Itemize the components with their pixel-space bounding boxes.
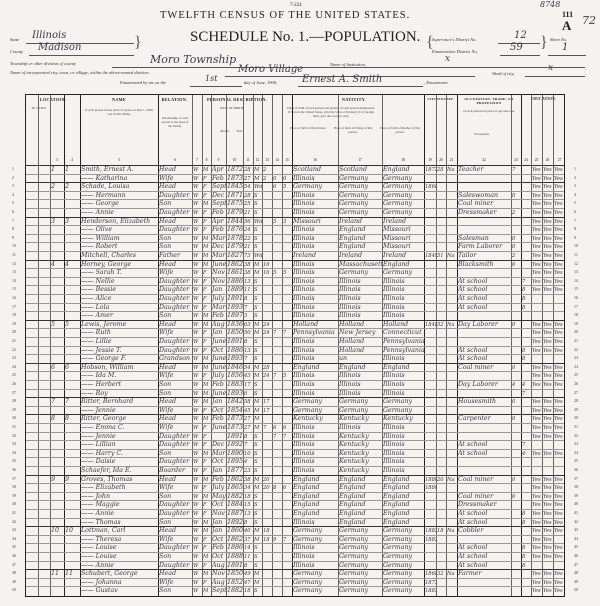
line-number: 46	[574, 553, 578, 558]
table-row: 44Horney, GeorgeHeadWMJune186238M16Illin…	[26, 260, 564, 269]
group-name: NAME	[81, 97, 157, 102]
cell-color: W	[193, 587, 202, 596]
column-number: 4	[64, 158, 80, 162]
line-number: 27	[12, 390, 16, 395]
line-number: 31	[574, 424, 578, 429]
line-number: 45	[574, 544, 578, 549]
line-number: 20	[574, 329, 578, 334]
column-number: 20	[436, 158, 446, 162]
column-number: 10	[226, 158, 243, 162]
schedule-title: SCHEDULE No. 1.—POPULATION.	[190, 29, 420, 46]
line-number: 18	[12, 312, 16, 317]
line-number: 32	[574, 433, 578, 438]
sheet-value: 1	[562, 42, 568, 53]
page-stamp: 8748	[540, 0, 560, 9]
cell-year: 1882	[227, 587, 243, 596]
ward-value: x	[548, 63, 553, 73]
column-number: 15	[282, 158, 292, 162]
table-row: —— Harry C.SonWMMar189010SIllinoisKentuc…	[26, 449, 564, 458]
table-row: 66Hobson, WilliamHeadWMJune184654M28Engl…	[26, 363, 564, 372]
relation-desc: Relationship of each person to the head …	[160, 117, 190, 128]
table-row: —— RoySonWMJune18936SIllinoisIllinoisIll…	[26, 389, 564, 398]
table-row: —— GeorgeSonWMSept187525SIllinoisGermany…	[26, 199, 564, 208]
line-number: 30	[12, 415, 16, 420]
line-number: 6	[12, 209, 14, 214]
cell-relation: Son	[159, 587, 192, 596]
column-number: 14	[272, 158, 282, 162]
line-number: 26	[574, 381, 578, 386]
table-row: —— JohnSonWMMay188218SEnglandEnglandEngl…	[26, 492, 564, 501]
column-number: 18	[382, 158, 424, 162]
table-row: —— LouiseDaughterWFFeb188614SIllinoisGer…	[26, 543, 564, 552]
line-number: 5	[574, 200, 576, 205]
column-number: 16	[292, 158, 338, 162]
enumeration-value: 59	[510, 42, 523, 53]
line-number: 12	[574, 261, 578, 266]
line-number: 25	[12, 372, 16, 377]
line-number: 15	[12, 286, 16, 291]
county-label: County	[10, 49, 23, 54]
enumerated-prefix: Enumerated by me on the	[120, 80, 166, 85]
column-number: 12	[253, 158, 262, 162]
table-row: —— NellieDaughterWFNov188613SIllinoisIll…	[26, 277, 564, 286]
column-number: 23	[511, 158, 521, 162]
line-number: 16	[12, 295, 16, 300]
column-number: 22	[457, 158, 511, 162]
line-number: 20	[12, 329, 16, 334]
line-number: 36	[12, 467, 16, 472]
line-number: 26	[12, 381, 16, 386]
table-row: Schaefer, Ida E.BoarderWFJan187723SIllin…	[26, 466, 564, 475]
line-number: 10	[12, 243, 16, 248]
township-label: Township or other division of county	[10, 61, 76, 66]
column-number: 26	[542, 158, 553, 162]
line-number: 15	[574, 286, 578, 291]
table-row: —— WilliamSonWMMar187822SIllinoisEngland…	[26, 234, 564, 243]
line-number: 49	[574, 579, 578, 584]
line-number: 48	[12, 570, 16, 575]
line-number: 25	[574, 372, 578, 377]
line-number: 23	[12, 355, 16, 360]
city-label: Name of incorporated city, town, or vill…	[10, 70, 149, 75]
ward-label: Ward of city,	[492, 71, 515, 76]
enumerated-suffix: day of June, 1900,	[244, 80, 277, 85]
supervisor-label: Supervisor's District No.	[432, 37, 477, 42]
line-number: 2	[12, 175, 14, 180]
table-row: —— ThomasSonWMJan18928SIllinoisEnglandEn…	[26, 518, 564, 527]
line-number: 36	[574, 467, 578, 472]
line-number: 14	[12, 278, 16, 283]
table-row: —— TheresaWifeWFOct186237M1897GermanyGer…	[26, 535, 564, 544]
table-row: —— Sarah T.WifeWFNov186138M1655IllinoisG…	[26, 268, 564, 277]
line-number: 13	[574, 269, 578, 274]
line-number: 38	[12, 484, 16, 489]
group-personal: PERSONAL DESCRIPTION.	[192, 97, 282, 102]
line-number: 50	[574, 587, 578, 592]
line-number: 31	[12, 424, 16, 429]
year-label: Year.	[233, 130, 246, 134]
line-number: 17	[12, 304, 16, 309]
table-row: —— RuthWifeWFJan185050M2477PennsylvaniaN…	[26, 328, 564, 337]
column-number: 19	[424, 158, 436, 162]
table-row: —— HerbertSonWMFeb188317SIllinoisIllinoi…	[26, 380, 564, 389]
line-number: 46	[12, 553, 16, 558]
line-number: 19	[574, 321, 578, 326]
column-number: 13	[262, 158, 272, 162]
in-cities-label: IN CITIES.	[28, 107, 50, 111]
table-row: 22Schade, LouisaHeadWFSept184554Wd65Germ…	[26, 182, 564, 191]
table-row: 77Ritter, BernhardHeadWMJan184258M17Germ…	[26, 397, 564, 406]
census-title: TWELFTH CENSUS OF THE UNITED STATES.	[160, 10, 410, 21]
line-number: 33	[12, 441, 16, 446]
line-number: 22	[12, 347, 16, 352]
line-number: 27	[574, 390, 578, 395]
table-row: —— LillianDaughterWFDec18927SIllinoisKen…	[26, 440, 564, 449]
name-desc: of each person whose place of abode on J…	[82, 109, 156, 117]
line-number: 39	[12, 493, 16, 498]
table-row: 11Smith, Ernest A.HeadWMApr187228M2Scotl…	[26, 165, 564, 174]
table-row: —— Emma C.WifeWFJune187327M766IllinoisIl…	[26, 423, 564, 432]
line-number: 42	[12, 519, 16, 524]
line-number: 23	[574, 355, 578, 360]
line-number: 32	[12, 433, 16, 438]
cell-sex: M	[203, 587, 211, 596]
supervisor-value: 12	[514, 30, 527, 41]
line-number: 24	[12, 364, 16, 369]
column-number: 24	[521, 158, 531, 162]
column-number: 25	[531, 158, 542, 162]
line-number: 8	[12, 226, 14, 231]
table-row: —— JennieWifeWFOct185445M17GermanyGerman…	[26, 406, 564, 415]
line-number: 21	[12, 338, 16, 343]
cell-immig: 1883	[425, 587, 436, 596]
table-row: —— DaisieDaughterWFOct18954SIllinoisKent…	[26, 457, 564, 466]
line-number: 35	[574, 458, 578, 463]
table-row: —— JennieDaughterWF18918S77IllinoisKentu…	[26, 432, 564, 441]
side-note: 72	[582, 14, 596, 27]
line-number: 43	[574, 527, 578, 532]
line-number: 13	[12, 269, 16, 274]
table-row: —— AnnieDaughterWFNov188713SEnglandEngla…	[26, 509, 564, 518]
line-number: 41	[574, 510, 578, 515]
county-value: Madison	[38, 42, 81, 53]
line-number: 1	[574, 166, 576, 171]
table-row: —— MaggieDaughterWFOct188415SEnglandEngl…	[26, 500, 564, 509]
column-number: 9	[211, 158, 226, 162]
line-number: 9	[12, 235, 14, 240]
table-row: —— KatharinaWifeWFFeb187327M200IllinoisG…	[26, 174, 564, 183]
form-number: 7-224	[290, 3, 302, 8]
table-row: 1111Schubert, GeorgeHeadWMNov185049MGerm…	[26, 569, 564, 578]
group-citizenship: CITIZENSHIP.	[424, 97, 457, 101]
sheet-letter: A	[562, 18, 571, 34]
enumerator-name: Ernest A. Smith	[302, 74, 382, 85]
group-location: LOCATION.	[28, 97, 78, 102]
table-row: —— RobertSonWMDec187921SIllinoisEnglandM…	[26, 242, 564, 251]
line-number: 37	[12, 476, 16, 481]
line-number: 35	[12, 458, 16, 463]
line-number: 7	[574, 218, 576, 223]
line-number: 10	[574, 243, 578, 248]
cell-english: Yes	[554, 587, 566, 596]
cell-name: —— Gustav	[81, 587, 158, 596]
column-number: 6	[158, 158, 192, 162]
line-number: 37	[574, 476, 578, 481]
cell-pob-father: Germany	[339, 587, 382, 596]
table-header: LOCATION. NAME RELATION. PERSONAL DESCRI…	[26, 95, 564, 166]
line-number: 11	[12, 252, 16, 257]
line-number: 11	[574, 252, 578, 257]
cell-pob: Germany	[293, 587, 338, 596]
line-number: 4	[574, 192, 576, 197]
table-row: —— George F.GrandsonWMJune18937SIllinois…	[26, 354, 564, 363]
table-row: 55Lewis, JeromeHeadWMAug183663M24Holland…	[26, 320, 564, 329]
line-number: 2	[574, 175, 576, 180]
group-relation: RELATION.	[158, 97, 191, 102]
line-number: 22	[574, 347, 578, 352]
line-number: 24	[574, 364, 578, 369]
table-row: —— Jessie T.DaughterWFOct188613SIllinois…	[26, 346, 564, 355]
column-number: 27	[553, 158, 566, 162]
column-number: 11	[243, 158, 253, 162]
table-row: —— LouiseSonWMOct188811SIllinoisGermanyG…	[26, 552, 564, 561]
pob-mother-label: Place of birth of Mother of this person.	[378, 127, 422, 135]
township-value: Moro Township	[150, 53, 236, 66]
enumeration-label: Enumeration District No.	[432, 49, 478, 54]
line-number: 41	[12, 510, 16, 515]
occupation-desc: of each person ten years of age and over…	[460, 110, 518, 114]
table-row: —— HermannDaughterWFDec187128SIllinoisGe…	[26, 191, 564, 200]
line-number: 19	[12, 321, 16, 326]
line-number: 50	[12, 587, 16, 592]
line-number: 8	[574, 226, 576, 231]
line-number: 45	[12, 544, 16, 549]
line-number: 40	[574, 501, 578, 506]
column-number: 21	[446, 158, 457, 162]
line-number: 40	[12, 501, 16, 506]
table-row: —— LolaDaughterWFMar18937SIllinoisIllino…	[26, 303, 564, 312]
state-value: Illinois	[32, 30, 66, 41]
institution-value: x	[445, 54, 450, 64]
table-row: 33Henderson, ElizabethHeadWFApr184456Wd5…	[26, 217, 564, 226]
occupation-label: Occupation.	[460, 133, 504, 137]
line-number: 7	[12, 218, 14, 223]
line-number: 38	[574, 484, 578, 489]
line-number: 4	[12, 192, 14, 197]
table-row: 88Ritter, GeorgeHeadWMFeb187327MKentucky…	[26, 414, 564, 423]
line-number: 16	[574, 295, 578, 300]
line-number: 21	[574, 338, 578, 343]
line-number: 30	[574, 415, 578, 420]
month-label: Month.	[218, 130, 232, 134]
enumerated-day: 1st	[205, 74, 217, 83]
line-number: 48	[574, 570, 578, 575]
line-number: 1	[12, 166, 14, 171]
table-row: —— AnnieDaughterWFFeb187921SIllinoisGerm…	[26, 208, 564, 217]
line-number: 44	[12, 536, 16, 541]
group-education: EDUCATION.	[521, 97, 566, 101]
table-row: 1010Lottman, CarlHeadWMJan186040M18Germa…	[26, 526, 564, 535]
line-number: 44	[574, 536, 578, 541]
table-row: Mitchell, CharlesFatherWMMar182773WdIrel…	[26, 251, 564, 260]
date-of-birth-label: DATE OF BIRTH.	[218, 107, 246, 111]
column-number: 5	[80, 158, 158, 162]
table-row: —— AliceDaughterWFJuly18918SIllinoisIlli…	[26, 294, 564, 303]
line-number: 42	[574, 519, 578, 524]
table-row: —— BessieDaughterWFJan188911SIllinoisIll…	[26, 285, 564, 294]
table-row: —— LillieDaughterWFJune18918SIllinoisHol…	[26, 337, 564, 346]
line-number: 33	[574, 441, 578, 446]
cell-marital: S	[254, 587, 262, 596]
cell-read: Yes	[532, 587, 542, 596]
line-number: 34	[12, 450, 16, 455]
enumerator-label: , Enumerator.	[424, 80, 449, 85]
table-row: —— GustavSonWMSept188218SGermanyGermanyG…	[26, 586, 564, 595]
line-number: 29	[574, 407, 578, 412]
line-number: 6	[574, 209, 576, 214]
table-row: 99Groves, ThomasHeadWMFeb186238M20Englan…	[26, 475, 564, 484]
table-row: —— Ida M.WifeWFJuly185643M2475IllinoisIl…	[26, 371, 564, 380]
line-number: 34	[574, 450, 578, 455]
table-row: —— ElizabethWifeWFJuly186534M2086England…	[26, 483, 564, 492]
census-table: LOCATION. NAME RELATION. PERSONAL DESCRI…	[25, 94, 565, 597]
table-row: —— AnnieDaughterWFAug18918SIllinoisGerma…	[26, 561, 564, 570]
institution-label: Name of Institution,	[330, 62, 366, 67]
line-number: 17	[574, 304, 578, 309]
cell-write: Yes	[543, 587, 553, 596]
table-row: —— OliveDaughterWFFeb187624SIllinoisEngl…	[26, 225, 564, 234]
line-number: 5	[12, 200, 14, 205]
cell-pob-mother: Germany	[383, 587, 424, 596]
table-row: —— AmerSonWMFeb18973SIllinoisIllinoisIll…	[26, 311, 564, 320]
column-number: 8	[202, 158, 211, 162]
city-value: Moro Village	[238, 64, 303, 75]
state-label: State	[10, 37, 19, 42]
cell-age: 18	[244, 587, 253, 596]
column-number: 3	[50, 158, 64, 162]
line-number: 47	[12, 562, 16, 567]
line-number: 49	[12, 579, 16, 584]
column-number: 7	[192, 158, 202, 162]
nativity-desc: Place of birth of each person and parent…	[286, 107, 376, 118]
line-number: 14	[574, 278, 578, 283]
line-number: 3	[574, 183, 576, 188]
line-number: 3	[12, 183, 14, 188]
line-number: 29	[12, 407, 16, 412]
line-number: 43	[12, 527, 16, 532]
line-number: 47	[574, 562, 578, 567]
line-number: 9	[574, 235, 576, 240]
census-sheet: 7-224 TWELFTH CENSUS OF THE UNITED STATE…	[0, 0, 600, 606]
group-nativity: NATIVITY.	[284, 97, 424, 102]
cell-month: Sept	[212, 587, 226, 596]
line-number: 12	[12, 261, 16, 266]
line-number: 28	[574, 398, 578, 403]
column-number: 17	[338, 158, 382, 162]
line-number: 39	[574, 493, 578, 498]
line-number: 18	[574, 312, 578, 317]
line-number: 28	[12, 398, 16, 403]
table-row: —— JohannaWifeWFAug185247MGermanyGermany…	[26, 578, 564, 587]
